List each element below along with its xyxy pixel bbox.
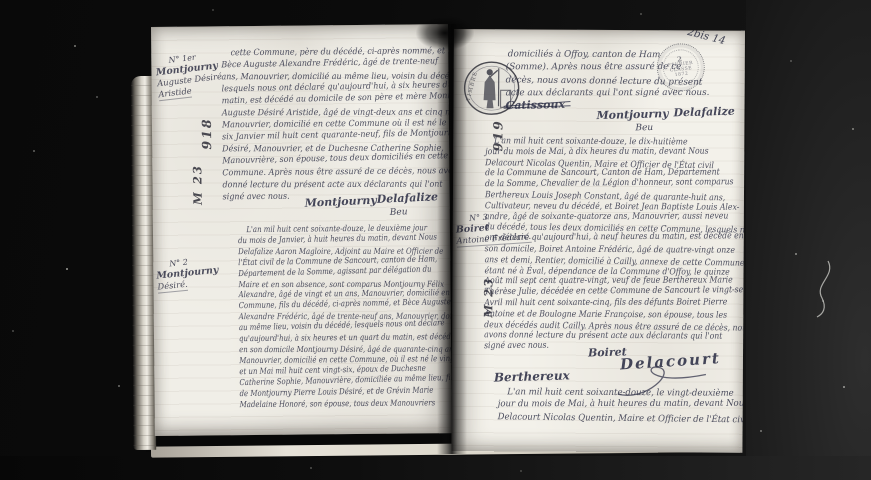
scanner-bed-bottom	[0, 456, 871, 480]
handwritten-line: Bèce Auguste Alexandre Frédéric, âgé de …	[221, 56, 431, 72]
handwritten-line: Antoine et de Boulogne Marie Françoise, …	[484, 309, 706, 321]
scanner-bed-right	[746, 0, 871, 480]
margin-note-act1: N° 1erMontjournyAuguste DésiréAristide	[154, 49, 224, 101]
handwritten-line: qu'aujourd'hui, à six heures et un quart…	[239, 332, 417, 345]
handwritten-line: ont déclaré qu'aujourd'hui, à neuf heure…	[485, 232, 707, 245]
handwritten-line: du mois de Janvier, à huit heures du mat…	[238, 232, 416, 246]
handwritten-line: Avril mil huit cent soixante-cinq, fils …	[484, 298, 706, 309]
signature-delafalize: Delafalize	[376, 190, 438, 206]
signature-berthereux: Berthereux	[494, 368, 570, 384]
margin-note-act2: N° 2MontjournyDésiré.	[155, 254, 220, 294]
corner-inscription: 2bis 14	[686, 29, 727, 47]
margin-note-line: Désiré.	[157, 279, 188, 294]
handwritten-line: Delacourt Nicolas Quentin, Maire et Offi…	[498, 411, 728, 426]
handwritten-line: six Janvier mil huit cent quarante-neuf,…	[222, 128, 432, 144]
signature-delafalize: Delafalize	[673, 105, 735, 120]
handwritten-line: jour du mois de Mai, à huit heures du ma…	[498, 398, 728, 411]
handwritten-line: jour du mois de Mai, à dix heures du mat…	[485, 146, 707, 157]
handwritten-line: Commune, fils du décédé, ci-après nommé,…	[239, 297, 417, 311]
handwritten-line: de la Somme, Chevalier de la Légion d'ho…	[485, 178, 707, 191]
act4-text-block: L'an mil huit cent soixante-douze, le vi…	[498, 386, 740, 424]
handwritten-line: Madelaine Honoré, son épouse, tous deux …	[240, 397, 418, 410]
signature-beu: Beu	[635, 123, 653, 134]
signature-montjourny: Montjourny	[596, 107, 668, 122]
registry-scan: N° 1erMontjournyAuguste DésiréAristide 9…	[0, 0, 871, 480]
book-gutter-shadow	[437, 24, 467, 454]
handwritten-line: Commune. Après nous être assuré de ce dé…	[222, 165, 432, 179]
book-gutter-top-shadow	[416, 16, 474, 50]
act1-text-block: cette Commune, père du décédé, ci-après …	[221, 45, 448, 203]
handwritten-line: Thérèse Julie, décédée en cette Commune …	[484, 286, 706, 299]
signature-montjourny: Montjourny	[304, 194, 377, 210]
thread-artifact	[806, 258, 840, 320]
handwritten-line: (Somme). Après nous être assuré de ce	[506, 61, 735, 74]
page-number-stamp: 918	[188, 115, 224, 151]
margin-note-line: Aristide	[158, 85, 193, 101]
act2-text-block: L'an mil huit cent soixante-douze, le de…	[238, 222, 452, 409]
struck-signature: Catissoux	[505, 98, 565, 112]
right-page: 2bis 14 2FÉVRIERCLASSE1872 TIMBRE 919 do…	[451, 29, 745, 453]
series-stamp: M 23	[179, 166, 215, 202]
act3-text-block: L'an mil huit cent soixante-douze, le di…	[484, 136, 737, 353]
act2-end-text-block: domiciliés à Offoy, canton de Ham(Somme)…	[506, 48, 740, 101]
left-page: N° 1erMontjournyAuguste DésiréAristide 9…	[151, 24, 452, 436]
dust-specks	[0, 0, 2, 2]
handwritten-line: andre, âgé de soixante-quatorze ans, Man…	[485, 211, 707, 222]
signature-beu: Beu	[390, 207, 408, 218]
handwritten-line: son domicile, Boiret Antoine Frédéric, â…	[485, 244, 707, 256]
